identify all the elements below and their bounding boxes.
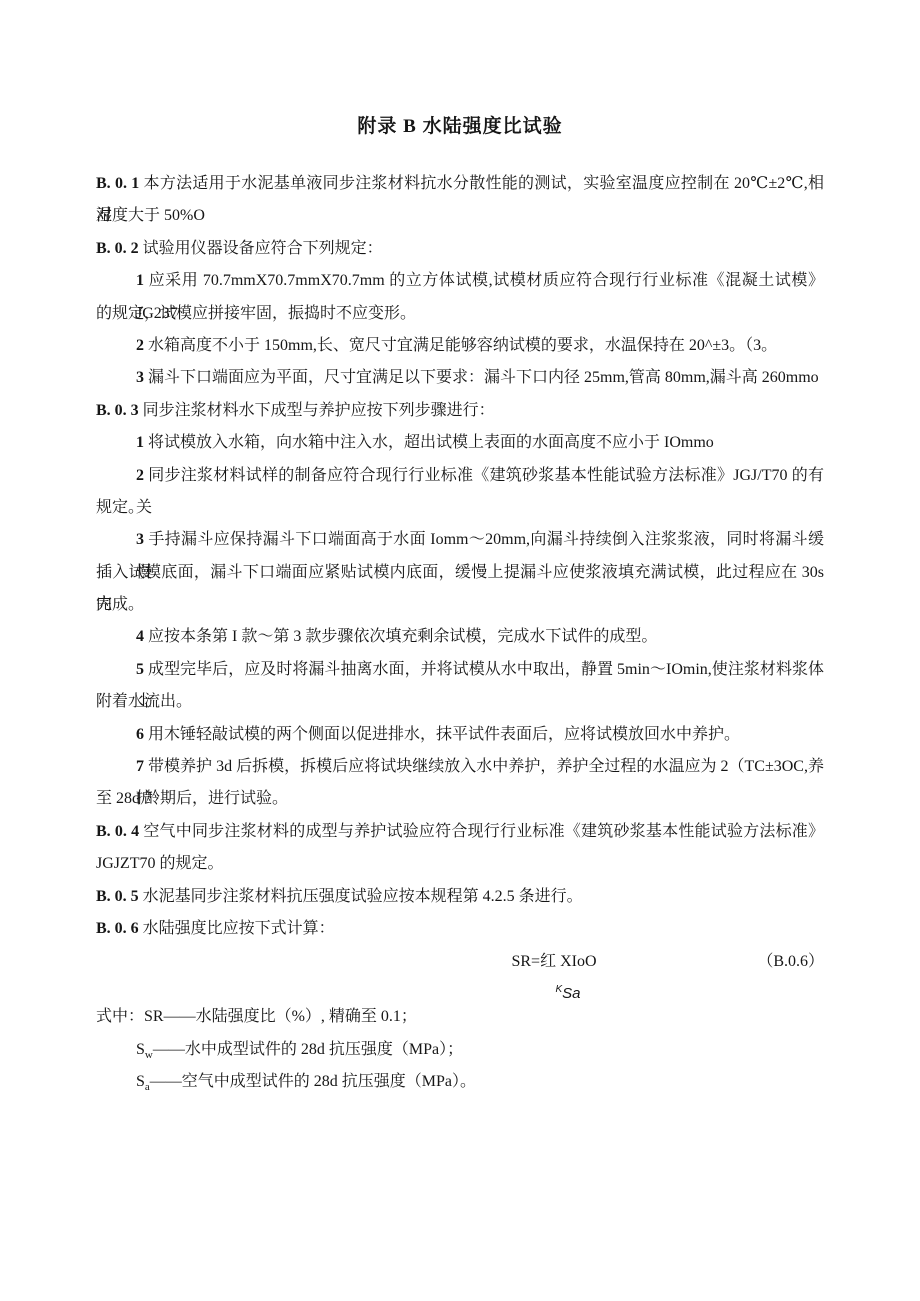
line-text: 水泥基同步注浆材料抗压强度试验应按本规程第 4.2.5 条进行。	[143, 888, 583, 905]
line-text: 的规定，试模应拼接牢固，振捣时不应变形。	[96, 305, 416, 322]
line-text: 至 28d 龄期后，进行试验。	[96, 790, 288, 807]
text-line: JGJZT70 的规定。	[96, 848, 824, 880]
text-line: 4 应按本条第 I 款～第 3 款步骤依次填充剩余试模，完成水下试件的成型。	[96, 621, 824, 653]
clause-label: 2	[136, 337, 144, 354]
formula-denominator-superscript: K	[555, 984, 562, 995]
clause-label: 1	[136, 272, 144, 289]
where-intro: 式中：SR——水陆强度比（%）, 精确至 0.1；	[96, 1001, 824, 1033]
clause-label: B. 0. 3	[96, 402, 139, 419]
clause-label: B. 0. 2	[96, 240, 139, 257]
term-description: ——水中成型试件的 28d 抗压强度（MPa）；	[153, 1041, 463, 1058]
line-text: 同步注浆材料水下成型与养护应按下列步骤进行：	[143, 402, 495, 419]
text-line: 6 用木锤轻敲试模的两个侧面以促进排水，抹平试件表面后，应将试模放回水中养护。	[96, 719, 824, 751]
clause-label: 6	[136, 726, 144, 743]
where-term: Sa——空气中成型试件的 28d 抗压强度（MPa）。	[96, 1066, 824, 1098]
text-line: 5 成型完毕后，应及时将漏斗抽离水面，并将试模从水中取出，静置 5min～IOm…	[96, 654, 824, 686]
text-line: 完成。	[96, 589, 824, 621]
text-line: B. 0. 6 水陆强度比应按下式计算：	[96, 913, 824, 945]
line-text: 水陆强度比应按下式计算：	[143, 920, 335, 937]
clause-label: 2	[136, 467, 144, 484]
clause-label: 4	[136, 628, 144, 645]
document-page: 附录 B 水陆强度比试验 B. 0. 1 本方法适用于水泥基单液同步注浆材料抗水…	[0, 0, 920, 1099]
clause-label: 3	[136, 531, 144, 548]
term-symbol: S	[136, 1073, 145, 1090]
body-lines: B. 0. 1 本方法适用于水泥基单液同步注浆材料抗水分散性能的测试，实验室温度…	[96, 168, 824, 945]
page-title: 附录 B 水陆强度比试验	[96, 112, 824, 142]
clause-label: B. 0. 4	[96, 823, 139, 840]
line-text: 水箱高度不小于 150mm,长、宽尺寸宜满足能够容纳试模的要求，水温保持在 20…	[148, 337, 777, 354]
clause-label: B. 0. 5	[96, 888, 139, 905]
where-term: Sw——水中成型试件的 28d 抗压强度（MPa）；	[96, 1034, 824, 1066]
line-text: 空气中同步注浆材料的成型与养护试验应符合现行行业标准《建筑砂浆基本性能试验方法标…	[143, 823, 824, 840]
line-text: 用木锤轻敲试模的两个侧面以促进排水，抹平试件表面后，应将试模放回水中养护。	[148, 726, 740, 743]
line-text: 试验用仪器设备应符合下列规定：	[143, 240, 383, 257]
term-symbol: S	[136, 1041, 145, 1058]
formula-denominator-text: Sa	[562, 985, 580, 1002]
term-description: ——空气中成型试件的 28d 抗压强度（MPa）。	[150, 1073, 476, 1090]
text-line: 湿度大于 50%O	[96, 200, 824, 232]
line-text: JGJZT70 的规定。	[96, 855, 224, 872]
equation-number: （B.0.6）	[757, 945, 824, 979]
line-text: 漏斗下口端面应为平面，尺寸宜满足以下要求：漏斗下口内径 25mm,管高 80mm…	[148, 369, 819, 386]
line-text: 应按本条第 I 款～第 3 款步骤依次填充剩余试模，完成水下试件的成型。	[148, 628, 657, 645]
formula-expression: SR=红 XIoO	[511, 953, 596, 970]
text-line: 的规定，试模应拼接牢固，振捣时不应变形。	[96, 298, 824, 330]
line-text: 湿度大于 50%O	[96, 207, 205, 224]
text-line: 2 同步注浆材料试样的制备应符合现行行业标准《建筑砂浆基本性能试验方法标准》JG…	[96, 460, 824, 492]
text-line: B. 0. 5 水泥基同步注浆材料抗压强度试验应按本规程第 4.2.5 条进行。	[96, 881, 824, 913]
text-line: 7 带模养护 3d 后拆模，拆模后应将试块继续放入水中养护，养护全过程的水温应为…	[96, 751, 824, 783]
text-line: 插入试模底面，漏斗下口端面应紧贴试模内底面，缓慢上提漏斗应使浆液填充满试模，此过…	[96, 557, 824, 589]
clause-label: 7	[136, 758, 144, 775]
text-line: 规定。	[96, 492, 824, 524]
text-line: 2 水箱高度不小于 150mm,长、宽尺寸宜满足能够容纳试模的要求，水温保持在 …	[96, 330, 824, 362]
line-text: 规定。	[96, 499, 144, 516]
text-line: 3 漏斗下口端面应为平面，尺寸宜满足以下要求：漏斗下口内径 25mm,管高 80…	[96, 362, 824, 394]
text-line: 1 将试模放入水箱，向水箱中注入水，超出试模上表面的水面高度不应小于 IOmmo	[96, 427, 824, 459]
line-text: 附着水流出。	[96, 693, 192, 710]
text-line: B. 0. 4 空气中同步注浆材料的成型与养护试验应符合现行行业标准《建筑砂浆基…	[96, 816, 824, 848]
text-line: 至 28d 龄期后，进行试验。	[96, 783, 824, 815]
line-text: 将试模放入水箱，向水箱中注入水，超出试模上表面的水面高度不应小于 IOmmo	[148, 434, 714, 451]
line-text: 完成。	[96, 596, 144, 613]
text-line: B. 0. 2 试验用仪器设备应符合下列规定：	[96, 233, 824, 265]
formula-denominator-row: KSa	[96, 979, 824, 1001]
text-line: 3 手持漏斗应保持漏斗下口端面高于水面 Iomm～20mm,向漏斗持续倒入注浆浆…	[96, 524, 824, 556]
clause-label: B. 0. 6	[96, 920, 139, 937]
clause-label: 3	[136, 369, 144, 386]
term-subscript: w	[145, 1049, 153, 1061]
text-line: 附着水流出。	[96, 686, 824, 718]
formula-denominator: KSa	[555, 979, 580, 1005]
text-line: 1 应采用 70.7mmX70.7mmX70.7mm 的立方体试模,试模材质应符…	[96, 265, 824, 297]
clause-label: B. 0. 1	[96, 175, 139, 192]
clause-label: 5	[136, 661, 144, 678]
formula: SR=红 XIoO （B.0.6）	[96, 945, 824, 979]
clause-label: 1	[136, 434, 144, 451]
text-line: B. 0. 1 本方法适用于水泥基单液同步注浆材料抗水分散性能的测试，实验室温度…	[96, 168, 824, 200]
text-line: B. 0. 3 同步注浆材料水下成型与养护应按下列步骤进行：	[96, 395, 824, 427]
